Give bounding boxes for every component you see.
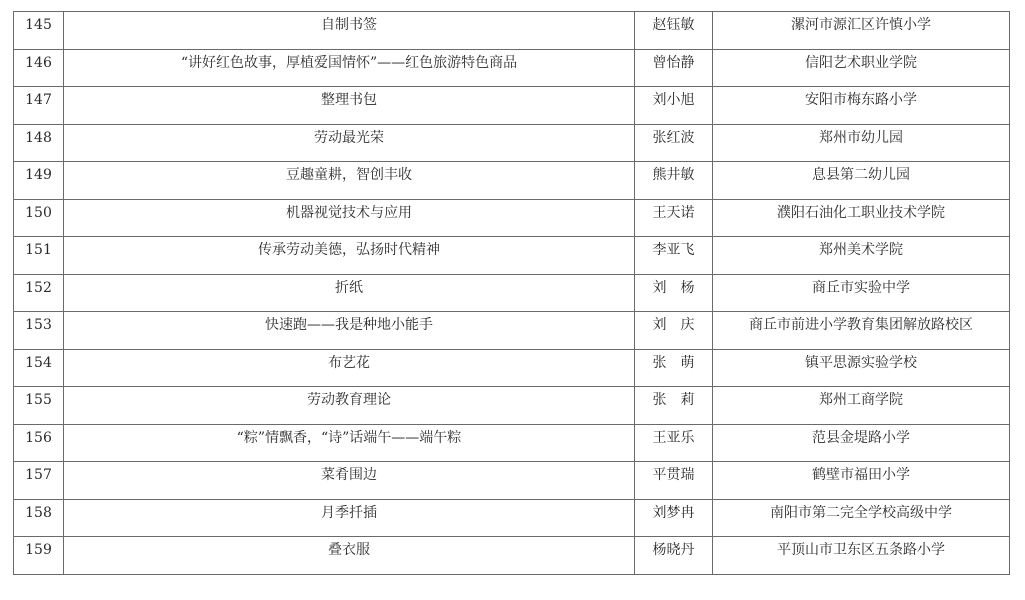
- title-text: 劳动教育理论: [64, 387, 634, 407]
- cell-name: 曾怡静: [635, 49, 713, 87]
- cell-name: 张 莉: [635, 387, 713, 425]
- title-text: “粽”情飘香，“诗”话端午——端午粽: [64, 425, 634, 445]
- title-text: 叠衣服: [64, 537, 634, 557]
- organization-text: 漯河市源汇区许慎小学: [713, 12, 1009, 32]
- table-row: 159 叠衣服 杨晓丹 平顶山市卫东区五条路小学: [14, 537, 1010, 575]
- title-text: 折纸: [64, 275, 634, 295]
- cell-number: 154: [14, 349, 64, 387]
- title-text: 菜肴围边: [64, 462, 634, 482]
- organization-text: 商丘市实验中学: [713, 275, 1009, 295]
- name-text: 熊井敏: [635, 162, 712, 182]
- organization-text: 镇平思源实验学校: [713, 350, 1009, 370]
- title-text: 机器视觉技术与应用: [64, 200, 634, 220]
- cell-title: 叠衣服: [64, 537, 635, 575]
- title-text: 自制书签: [64, 12, 634, 32]
- cell-title: 劳动最光荣: [64, 124, 635, 162]
- name-text: 王天诺: [635, 200, 712, 220]
- number-text: 146: [14, 50, 63, 70]
- table-row: 158 月季扦插 刘梦冉 南阳市第二完全学校高级中学: [14, 499, 1010, 537]
- cell-number: 159: [14, 537, 64, 575]
- cell-name: 张红波: [635, 124, 713, 162]
- cell-number: 150: [14, 199, 64, 237]
- cell-number: 146: [14, 49, 64, 87]
- cell-name: 李亚飞: [635, 237, 713, 275]
- cell-organization: 濮阳石油化工职业技术学院: [713, 199, 1010, 237]
- number-text: 155: [14, 387, 63, 407]
- cell-organization: 漯河市源汇区许慎小学: [713, 12, 1010, 50]
- cell-name: 王天诺: [635, 199, 713, 237]
- table-row: 157 菜肴围边 平贯瑞 鹤壁市福田小学: [14, 462, 1010, 500]
- table-row: 148 劳动最光荣 张红波 郑州市幼儿园: [14, 124, 1010, 162]
- title-text: 传承劳动美德，弘扬时代精神: [64, 237, 634, 257]
- table-row: 145 自制书签 赵钰敏 漯河市源汇区许慎小学: [14, 12, 1010, 50]
- table-row: 146 “讲好红色故事，厚植爱国情怀”——红色旅游特色商品 曾怡静 信阳艺术职业…: [14, 49, 1010, 87]
- cell-title: 整理书包: [64, 87, 635, 125]
- number-text: 159: [14, 537, 63, 557]
- organization-text: 息县第二幼儿园: [713, 162, 1009, 182]
- organization-text: 郑州市幼儿园: [713, 125, 1009, 145]
- cell-number: 147: [14, 87, 64, 125]
- table-row: 152 折纸 刘 杨 商丘市实验中学: [14, 274, 1010, 312]
- cell-organization: 范县金堤路小学: [713, 424, 1010, 462]
- name-text: 赵钰敏: [635, 12, 712, 32]
- table-body: 145 自制书签 赵钰敏 漯河市源汇区许慎小学 146 “讲好红色故事，厚植爱国…: [14, 12, 1010, 575]
- cell-organization: 郑州市幼儿园: [713, 124, 1010, 162]
- cell-title: “粽”情飘香，“诗”话端午——端午粽: [64, 424, 635, 462]
- cell-organization: 郑州工商学院: [713, 387, 1010, 425]
- organization-text: 范县金堤路小学: [713, 425, 1009, 445]
- cell-number: 149: [14, 162, 64, 200]
- cell-title: 豆趣童耕，智创丰收: [64, 162, 635, 200]
- organization-text: 鹤壁市福田小学: [713, 462, 1009, 482]
- cell-name: 王亚乐: [635, 424, 713, 462]
- table-row: 151 传承劳动美德，弘扬时代精神 李亚飞 郑州美术学院: [14, 237, 1010, 275]
- cell-title: 折纸: [64, 274, 635, 312]
- cell-number: 156: [14, 424, 64, 462]
- number-text: 147: [14, 87, 63, 107]
- name-text: 刘 杨: [635, 275, 712, 295]
- cell-title: 机器视觉技术与应用: [64, 199, 635, 237]
- table-row: 156 “粽”情飘香，“诗”话端午——端午粽 王亚乐 范县金堤路小学: [14, 424, 1010, 462]
- title-text: 快速跑——我是种地小能手: [64, 312, 634, 332]
- cell-organization: 信阳艺术职业学院: [713, 49, 1010, 87]
- cell-number: 148: [14, 124, 64, 162]
- cell-number: 157: [14, 462, 64, 500]
- table-row: 147 整理书包 刘小旭 安阳市梅东路小学: [14, 87, 1010, 125]
- cell-organization: 镇平思源实验学校: [713, 349, 1010, 387]
- title-text: 布艺花: [64, 350, 634, 370]
- cell-number: 145: [14, 12, 64, 50]
- name-text: 曾怡静: [635, 50, 712, 70]
- number-text: 152: [14, 275, 63, 295]
- cell-organization: 郑州美术学院: [713, 237, 1010, 275]
- organization-text: 安阳市梅东路小学: [713, 87, 1009, 107]
- number-text: 157: [14, 462, 63, 482]
- cell-organization: 商丘市前进小学教育集团解放路校区: [713, 312, 1010, 350]
- cell-title: 自制书签: [64, 12, 635, 50]
- name-text: 张红波: [635, 125, 712, 145]
- cell-organization: 鹤壁市福田小学: [713, 462, 1010, 500]
- number-text: 151: [14, 237, 63, 257]
- number-text: 158: [14, 500, 63, 520]
- name-text: 杨晓丹: [635, 537, 712, 557]
- awards-table: 145 自制书签 赵钰敏 漯河市源汇区许慎小学 146 “讲好红色故事，厚植爱国…: [13, 11, 1010, 575]
- cell-name: 刘 庆: [635, 312, 713, 350]
- name-text: 刘梦冉: [635, 500, 712, 520]
- name-text: 平贯瑞: [635, 462, 712, 482]
- cell-name: 杨晓丹: [635, 537, 713, 575]
- cell-title: 月季扦插: [64, 499, 635, 537]
- table-row: 153 快速跑——我是种地小能手 刘 庆 商丘市前进小学教育集团解放路校区: [14, 312, 1010, 350]
- cell-number: 153: [14, 312, 64, 350]
- cell-name: 刘梦冉: [635, 499, 713, 537]
- cell-organization: 南阳市第二完全学校高级中学: [713, 499, 1010, 537]
- cell-name: 刘 杨: [635, 274, 713, 312]
- organization-text: 商丘市前进小学教育集团解放路校区: [713, 312, 1009, 332]
- title-text: 整理书包: [64, 87, 634, 107]
- table-row: 150 机器视觉技术与应用 王天诺 濮阳石油化工职业技术学院: [14, 199, 1010, 237]
- title-text: 豆趣童耕，智创丰收: [64, 162, 634, 182]
- title-text: “讲好红色故事，厚植爱国情怀”——红色旅游特色商品: [64, 50, 634, 70]
- cell-title: 布艺花: [64, 349, 635, 387]
- name-text: 王亚乐: [635, 425, 712, 445]
- cell-number: 152: [14, 274, 64, 312]
- organization-text: 南阳市第二完全学校高级中学: [713, 500, 1009, 520]
- cell-organization: 平顶山市卫东区五条路小学: [713, 537, 1010, 575]
- table-row: 155 劳动教育理论 张 莉 郑州工商学院: [14, 387, 1010, 425]
- organization-text: 濮阳石油化工职业技术学院: [713, 200, 1009, 220]
- number-text: 156: [14, 425, 63, 445]
- cell-organization: 息县第二幼儿园: [713, 162, 1010, 200]
- name-text: 张 莉: [635, 387, 712, 407]
- table-row: 149 豆趣童耕，智创丰收 熊井敏 息县第二幼儿园: [14, 162, 1010, 200]
- organization-text: 郑州美术学院: [713, 237, 1009, 257]
- cell-name: 刘小旭: [635, 87, 713, 125]
- number-text: 153: [14, 312, 63, 332]
- cell-title: 劳动教育理论: [64, 387, 635, 425]
- cell-title: 快速跑——我是种地小能手: [64, 312, 635, 350]
- number-text: 149: [14, 162, 63, 182]
- cell-title: “讲好红色故事，厚植爱国情怀”——红色旅游特色商品: [64, 49, 635, 87]
- cell-number: 151: [14, 237, 64, 275]
- cell-organization: 商丘市实验中学: [713, 274, 1010, 312]
- title-text: 劳动最光荣: [64, 125, 634, 145]
- number-text: 145: [14, 12, 63, 32]
- cell-title: 菜肴围边: [64, 462, 635, 500]
- number-text: 154: [14, 350, 63, 370]
- name-text: 刘小旭: [635, 87, 712, 107]
- cell-name: 张 萌: [635, 349, 713, 387]
- cell-title: 传承劳动美德，弘扬时代精神: [64, 237, 635, 275]
- title-text: 月季扦插: [64, 500, 634, 520]
- name-text: 李亚飞: [635, 237, 712, 257]
- name-text: 张 萌: [635, 350, 712, 370]
- cell-number: 158: [14, 499, 64, 537]
- table-row: 154 布艺花 张 萌 镇平思源实验学校: [14, 349, 1010, 387]
- number-text: 150: [14, 200, 63, 220]
- cell-number: 155: [14, 387, 64, 425]
- number-text: 148: [14, 125, 63, 145]
- cell-name: 熊井敏: [635, 162, 713, 200]
- organization-text: 平顶山市卫东区五条路小学: [713, 537, 1009, 557]
- cell-organization: 安阳市梅东路小学: [713, 87, 1010, 125]
- organization-text: 信阳艺术职业学院: [713, 50, 1009, 70]
- cell-name: 赵钰敏: [635, 12, 713, 50]
- cell-name: 平贯瑞: [635, 462, 713, 500]
- organization-text: 郑州工商学院: [713, 387, 1009, 407]
- name-text: 刘 庆: [635, 312, 712, 332]
